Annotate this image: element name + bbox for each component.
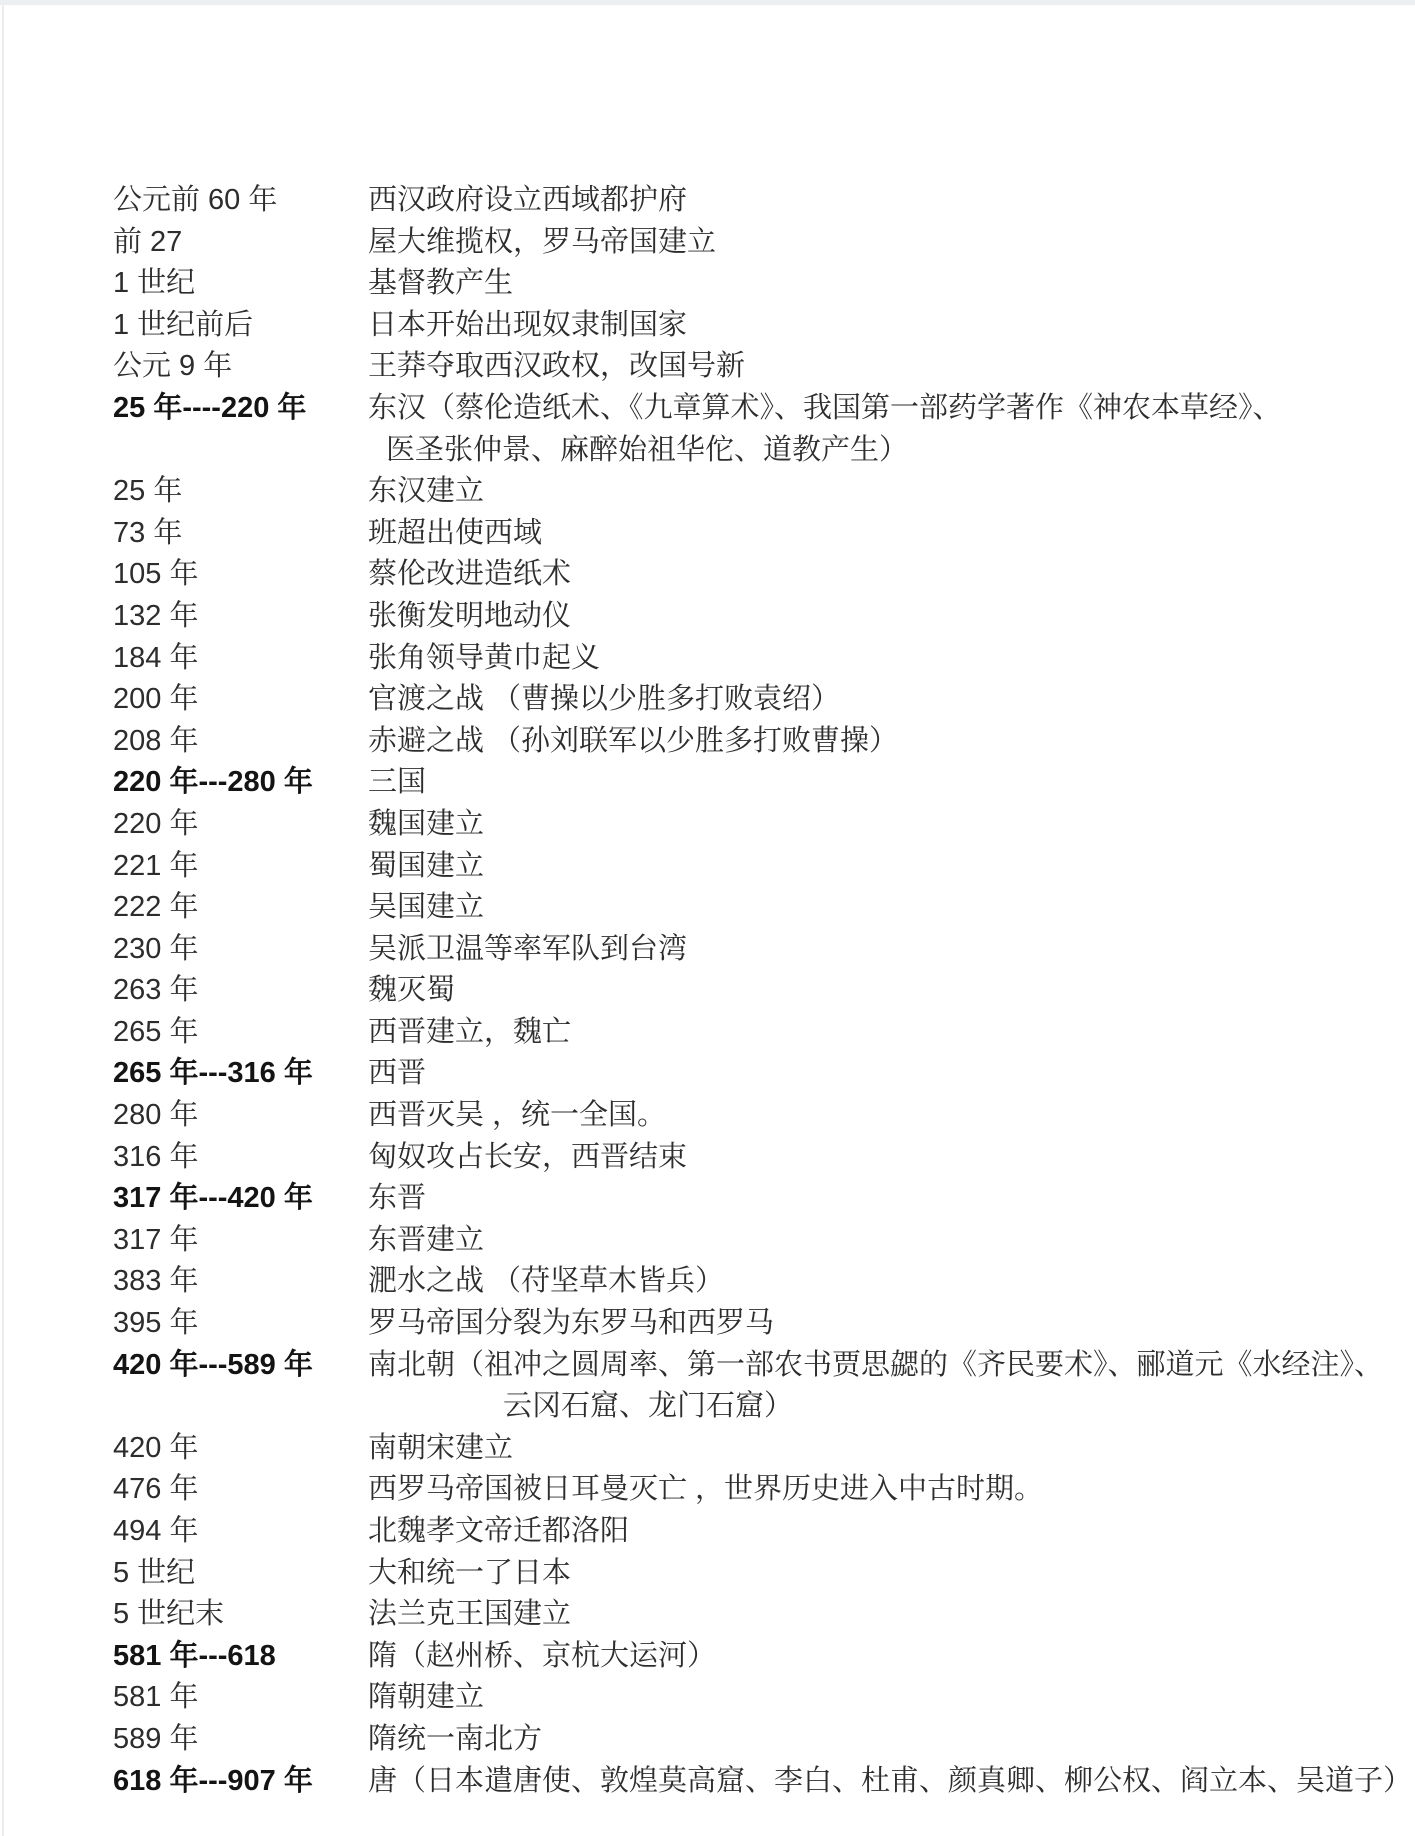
timeline-event-line: 官渡之战 （曹操以少胜多打败袁绍） <box>368 679 1375 721</box>
timeline-date: 5 世纪末 <box>113 1594 368 1636</box>
timeline-event-line: 张衡发明地动仪 <box>368 596 1375 638</box>
timeline-event-line: 屋大维揽权，罗马帝国建立 <box>368 222 1375 264</box>
timeline-date: 316 年 <box>113 1137 368 1179</box>
timeline-row: 265 年---316 年西晋 <box>113 1053 1375 1095</box>
timeline-event: 隋统一南北方 <box>368 1719 1375 1761</box>
timeline-row: 25 年----220 年东汉（蔡伦造纸术、《九章算术》、我国第一部药学著作《神… <box>113 388 1375 471</box>
timeline-event: 赤避之战 （孙刘联军以少胜多打败曹操） <box>368 721 1375 763</box>
timeline-event-line: 吴国建立 <box>368 887 1375 929</box>
timeline-row: 494 年北魏孝文帝迁都洛阳 <box>113 1511 1375 1553</box>
timeline-event-line: 东晋 <box>368 1178 1375 1220</box>
timeline-date: 581 年---618 <box>113 1636 368 1678</box>
timeline-event: 西晋建立，魏亡 <box>368 1012 1375 1054</box>
timeline-date: 200 年 <box>113 679 368 721</box>
timeline-row: 618 年---907 年唐（日本遣唐使、敦煌莫高窟、李白、杜甫、颜真卿、柳公权… <box>113 1761 1375 1803</box>
timeline-event: 张角领导黄巾起义 <box>368 638 1375 680</box>
timeline-event-line: 蜀国建立 <box>368 846 1375 888</box>
timeline-date: 5 世纪 <box>113 1553 368 1595</box>
timeline-event-line: 赤避之战 （孙刘联军以少胜多打败曹操） <box>368 721 1375 763</box>
timeline-event-line: 三国 <box>368 762 1375 804</box>
timeline-row: 132 年张衡发明地动仪 <box>113 596 1375 638</box>
timeline-event-line: 东汉（蔡伦造纸术、《九章算术》、我国第一部药学著作《神农本草经》、 <box>368 388 1375 430</box>
timeline-event-line: 魏灭蜀 <box>368 970 1375 1012</box>
timeline-event: 官渡之战 （曹操以少胜多打败袁绍） <box>368 679 1375 721</box>
timeline-date: 395 年 <box>113 1303 368 1345</box>
timeline-date: 476 年 <box>113 1469 368 1511</box>
timeline-event: 西晋灭吴 ，统一全国。 <box>368 1095 1375 1137</box>
document-page: 公元前 60 年西汉政府设立西域都护府前 27屋大维揽权，罗马帝国建立1 世纪基… <box>0 0 1415 1836</box>
timeline-row: 395 年罗马帝国分裂为东罗马和西罗马 <box>113 1303 1375 1345</box>
timeline-date: 581 年 <box>113 1677 368 1719</box>
timeline-date: 73 年 <box>113 513 368 555</box>
timeline-event: 吴国建立 <box>368 887 1375 929</box>
timeline-event: 隋朝建立 <box>368 1677 1375 1719</box>
timeline-event: 屋大维揽权，罗马帝国建立 <box>368 222 1375 264</box>
timeline-event-line: 南北朝（祖冲之圆周率、第一部农书贾思勰的《齐民要术》、郦道元《水经注》、 <box>368 1345 1375 1387</box>
timeline-event: 西罗马帝国被日耳曼灭亡 ，世界历史进入中古时期。 <box>368 1469 1375 1511</box>
timeline-event-line: 班超出使西域 <box>368 513 1375 555</box>
timeline-date: 265 年 <box>113 1012 368 1054</box>
timeline-event-line: 淝水之战 （苻坚草木皆兵） <box>368 1261 1375 1303</box>
timeline-event: 魏灭蜀 <box>368 970 1375 1012</box>
timeline-event: 淝水之战 （苻坚草木皆兵） <box>368 1261 1375 1303</box>
timeline-event-line: 云冈石窟、龙门石窟） <box>503 1386 1375 1428</box>
timeline-row: 220 年---280 年三国 <box>113 762 1375 804</box>
timeline-event: 隋（赵州桥、京杭大运河） <box>368 1636 1375 1678</box>
timeline-date: 25 年 <box>113 471 368 513</box>
timeline-event-line: 西晋 <box>368 1053 1375 1095</box>
timeline-date: 1 世纪 <box>113 263 368 305</box>
timeline-row: 25 年东汉建立 <box>113 471 1375 513</box>
timeline-event: 东汉建立 <box>368 471 1375 513</box>
timeline-event: 大和统一了日本 <box>368 1553 1375 1595</box>
timeline-row: 5 世纪末法兰克王国建立 <box>113 1594 1375 1636</box>
timeline-date: 222 年 <box>113 887 368 929</box>
timeline-date: 220 年 <box>113 804 368 846</box>
timeline-row: 263 年魏灭蜀 <box>113 970 1375 1012</box>
timeline-row: 317 年东晋建立 <box>113 1220 1375 1262</box>
timeline-date: 1 世纪前后 <box>113 305 368 347</box>
timeline-row: 589 年隋统一南北方 <box>113 1719 1375 1761</box>
page-left-edge <box>2 5 4 1836</box>
timeline-row: 581 年---618隋（赵州桥、京杭大运河） <box>113 1636 1375 1678</box>
timeline-event-line: 西晋建立，魏亡 <box>368 1012 1375 1054</box>
timeline-row: 420 年---589 年南北朝（祖冲之圆周率、第一部农书贾思勰的《齐民要术》、… <box>113 1345 1375 1428</box>
timeline-row: 5 世纪大和统一了日本 <box>113 1553 1375 1595</box>
timeline-event-line: 南朝宋建立 <box>368 1428 1375 1470</box>
timeline-event-line: 魏国建立 <box>368 804 1375 846</box>
timeline-date: 618 年---907 年 <box>113 1761 368 1803</box>
timeline-event: 罗马帝国分裂为东罗马和西罗马 <box>368 1303 1375 1345</box>
timeline-event-line: 东晋建立 <box>368 1220 1375 1262</box>
timeline-event-line: 匈奴攻占长安，西晋结束 <box>368 1137 1375 1179</box>
timeline-date: 前 27 <box>113 222 368 264</box>
timeline-row: 1 世纪前后日本开始出现奴隶制国家 <box>113 305 1375 347</box>
timeline-row: 220 年魏国建立 <box>113 804 1375 846</box>
timeline-row: 221 年蜀国建立 <box>113 846 1375 888</box>
timeline-event-line: 法兰克王国建立 <box>368 1594 1375 1636</box>
timeline-date: 420 年---589 年 <box>113 1345 368 1387</box>
timeline-date: 280 年 <box>113 1095 368 1137</box>
timeline-row: 317 年---420 年东晋 <box>113 1178 1375 1220</box>
timeline-event-line: 西罗马帝国被日耳曼灭亡 ，世界历史进入中古时期。 <box>368 1469 1375 1511</box>
timeline-event: 魏国建立 <box>368 804 1375 846</box>
timeline-date: 263 年 <box>113 970 368 1012</box>
timeline-event: 唐（日本遣唐使、敦煌莫高窟、李白、杜甫、颜真卿、柳公权、阎立本、吴道子） <box>368 1761 1375 1803</box>
timeline-row: 208 年赤避之战 （孙刘联军以少胜多打败曹操） <box>113 721 1375 763</box>
timeline-event: 东晋 <box>368 1178 1375 1220</box>
timeline-event: 西晋 <box>368 1053 1375 1095</box>
timeline-event: 匈奴攻占长安，西晋结束 <box>368 1137 1375 1179</box>
timeline-date: 230 年 <box>113 929 368 971</box>
timeline-row: 476 年西罗马帝国被日耳曼灭亡 ，世界历史进入中古时期。 <box>113 1469 1375 1511</box>
timeline-event: 东晋建立 <box>368 1220 1375 1262</box>
timeline-row: 184 年张角领导黄巾起义 <box>113 638 1375 680</box>
timeline-event-line: 东汉建立 <box>368 471 1375 513</box>
timeline-event: 东汉（蔡伦造纸术、《九章算术》、我国第一部药学著作《神农本草经》、医圣张仲景、麻… <box>368 388 1375 471</box>
timeline-date: 494 年 <box>113 1511 368 1553</box>
timeline-row: 581 年隋朝建立 <box>113 1677 1375 1719</box>
timeline-row: 前 27屋大维揽权，罗马帝国建立 <box>113 222 1375 264</box>
timeline-event-line: 医圣张仲景、麻醉始祖华佗、道教产生） <box>386 430 1375 472</box>
timeline-event-line: 隋（赵州桥、京杭大运河） <box>368 1636 1375 1678</box>
timeline-date: 25 年----220 年 <box>113 388 368 430</box>
timeline-date: 221 年 <box>113 846 368 888</box>
timeline-event: 南朝宋建立 <box>368 1428 1375 1470</box>
timeline-event-line: 吴派卫温等率军队到台湾 <box>368 929 1375 971</box>
timeline-row: 316 年匈奴攻占长安，西晋结束 <box>113 1137 1375 1179</box>
timeline-event-line: 西汉政府设立西域都护府 <box>368 180 1375 222</box>
timeline-event: 张衡发明地动仪 <box>368 596 1375 638</box>
timeline-event: 王莽夺取西汉政权，改国号新 <box>368 346 1375 388</box>
timeline-date: 公元前 60 年 <box>113 180 368 222</box>
timeline-event-line: 隋朝建立 <box>368 1677 1375 1719</box>
timeline-event-line: 北魏孝文帝迁都洛阳 <box>368 1511 1375 1553</box>
timeline-date: 383 年 <box>113 1261 368 1303</box>
timeline-date: 132 年 <box>113 596 368 638</box>
timeline-event-line: 基督教产生 <box>368 263 1375 305</box>
timeline-event: 蔡伦改进造纸术 <box>368 554 1375 596</box>
timeline-row: 105 年蔡伦改进造纸术 <box>113 554 1375 596</box>
timeline-event: 日本开始出现奴隶制国家 <box>368 305 1375 347</box>
timeline-event-line: 蔡伦改进造纸术 <box>368 554 1375 596</box>
timeline-date: 208 年 <box>113 721 368 763</box>
timeline-list: 公元前 60 年西汉政府设立西域都护府前 27屋大维揽权，罗马帝国建立1 世纪基… <box>113 180 1375 1802</box>
timeline-row: 280 年西晋灭吴 ，统一全国。 <box>113 1095 1375 1137</box>
timeline-row: 420 年南朝宋建立 <box>113 1428 1375 1470</box>
timeline-row: 222 年吴国建立 <box>113 887 1375 929</box>
timeline-event-line: 西晋灭吴 ，统一全国。 <box>368 1095 1375 1137</box>
timeline-event-line: 唐（日本遣唐使、敦煌莫高窟、李白、杜甫、颜真卿、柳公权、阎立本、吴道子） <box>368 1761 1375 1803</box>
timeline-event: 三国 <box>368 762 1375 804</box>
timeline-date: 105 年 <box>113 554 368 596</box>
timeline-event-line: 罗马帝国分裂为东罗马和西罗马 <box>368 1303 1375 1345</box>
timeline-date: 420 年 <box>113 1428 368 1470</box>
timeline-date: 220 年---280 年 <box>113 762 368 804</box>
timeline-row: 230 年吴派卫温等率军队到台湾 <box>113 929 1375 971</box>
timeline-date: 公元 9 年 <box>113 346 368 388</box>
timeline-event-line: 张角领导黄巾起义 <box>368 638 1375 680</box>
timeline-event-line: 王莽夺取西汉政权，改国号新 <box>368 346 1375 388</box>
timeline-row: 73 年班超出使西域 <box>113 513 1375 555</box>
timeline-event: 蜀国建立 <box>368 846 1375 888</box>
timeline-row: 265 年西晋建立，魏亡 <box>113 1012 1375 1054</box>
timeline-event: 基督教产生 <box>368 263 1375 305</box>
timeline-event: 北魏孝文帝迁都洛阳 <box>368 1511 1375 1553</box>
timeline-date: 317 年 <box>113 1220 368 1262</box>
timeline-row: 383 年淝水之战 （苻坚草木皆兵） <box>113 1261 1375 1303</box>
timeline-event: 西汉政府设立西域都护府 <box>368 180 1375 222</box>
timeline-event: 班超出使西域 <box>368 513 1375 555</box>
timeline-event: 南北朝（祖冲之圆周率、第一部农书贾思勰的《齐民要术》、郦道元《水经注》、云冈石窟… <box>368 1345 1375 1428</box>
timeline-date: 589 年 <box>113 1719 368 1761</box>
timeline-row: 公元前 60 年西汉政府设立西域都护府 <box>113 180 1375 222</box>
timeline-event-line: 隋统一南北方 <box>368 1719 1375 1761</box>
timeline-row: 1 世纪基督教产生 <box>113 263 1375 305</box>
timeline-event: 法兰克王国建立 <box>368 1594 1375 1636</box>
timeline-row: 200 年官渡之战 （曹操以少胜多打败袁绍） <box>113 679 1375 721</box>
timeline-date: 184 年 <box>113 638 368 680</box>
timeline-date: 265 年---316 年 <box>113 1053 368 1095</box>
page-top-edge <box>0 0 1415 5</box>
timeline-event-line: 大和统一了日本 <box>368 1553 1375 1595</box>
timeline-event: 吴派卫温等率军队到台湾 <box>368 929 1375 971</box>
timeline-date: 317 年---420 年 <box>113 1178 368 1220</box>
timeline-event-line: 日本开始出现奴隶制国家 <box>368 305 1375 347</box>
timeline-row: 公元 9 年王莽夺取西汉政权，改国号新 <box>113 346 1375 388</box>
